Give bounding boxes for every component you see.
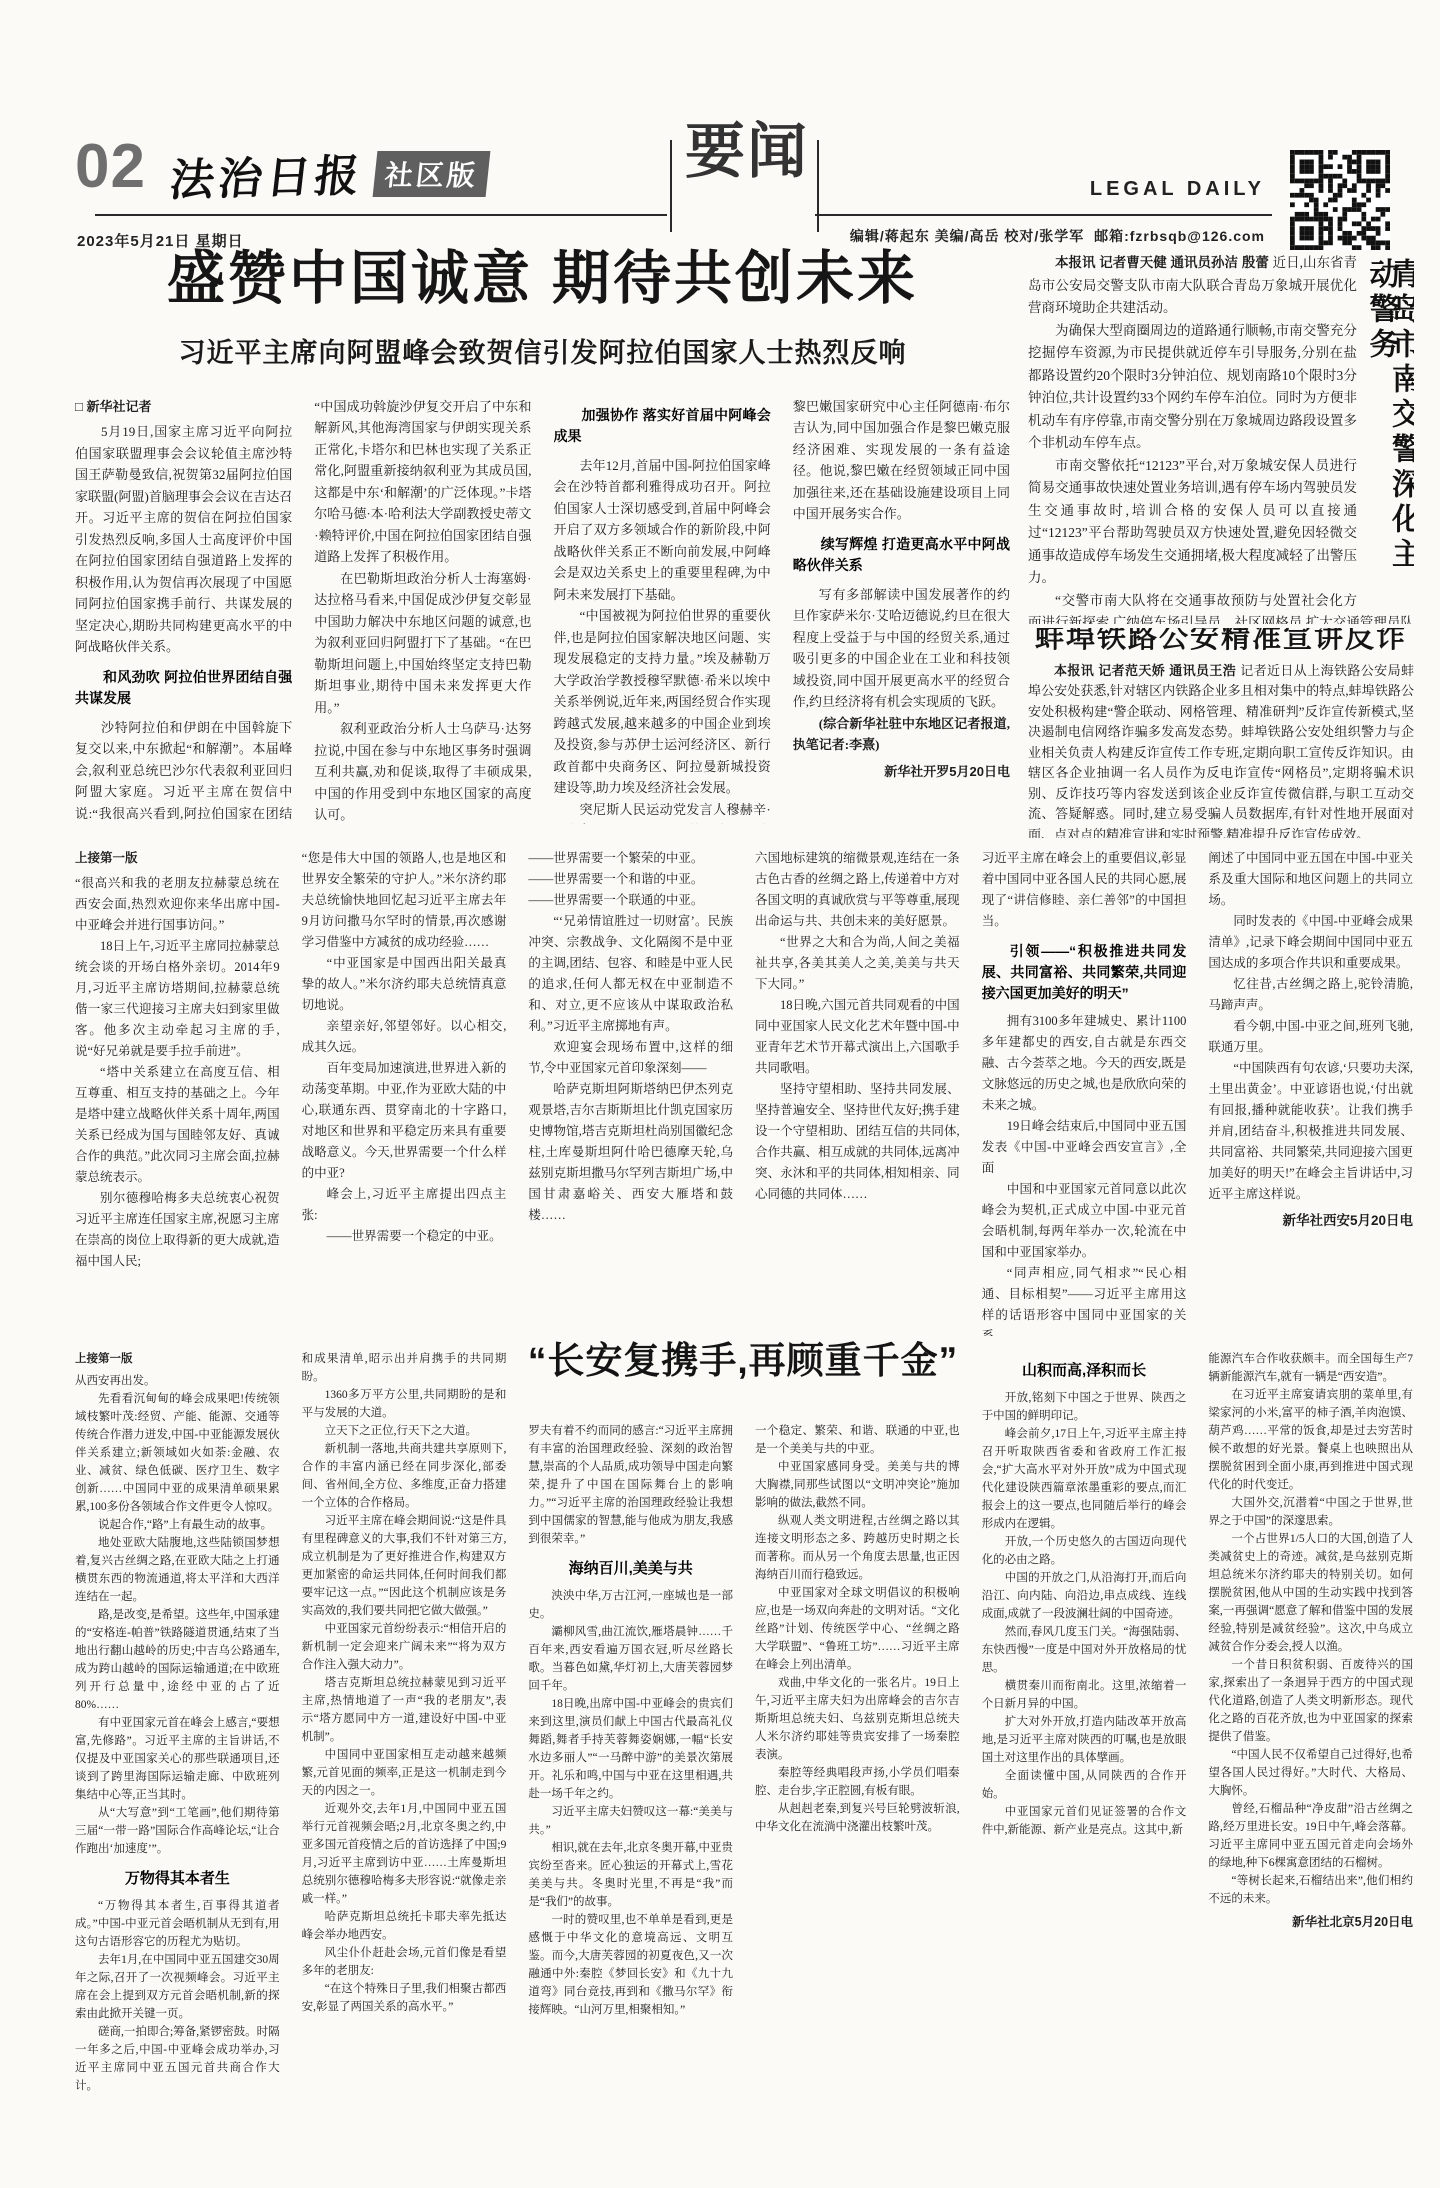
- paragraph: 峰会上,习近平主席提出四点主张:: [302, 1184, 507, 1226]
- paragraph: ——世界需要一个和谐的中亚。: [528, 869, 733, 890]
- story-central-asia-summit: 上接第一版“很高兴和我的老朋友拉赫蒙总统在西安会面,热烈欢迎你来华出席中国-中亚…: [75, 848, 1413, 1336]
- paragraph: 看今朝,中国-中亚之间,班列飞驰,联通万里。: [1208, 1016, 1413, 1058]
- paragraph: 纵观人类文明进程,古丝绸之路以其连接文明形态之多、跨越历史时期之长而著称。而从另…: [755, 1512, 960, 1584]
- paragraph: 19日峰会结束后,中国同中亚五国发表《中国-中亚峰会西安宣言》,全面: [982, 1116, 1187, 1179]
- paragraph: “中国陕西有句农谚,‘只要功夫深,土里出黄金’。中亚谚语也说,‘付出就有回报,播…: [1208, 1058, 1413, 1205]
- paragraph: 从赳赳老秦,到复兴号巨轮劈波斩浪,中华文化在流淌中浇灌出枝繁叶茂。: [755, 1800, 960, 1836]
- article-subhead: 万物得其本者生: [75, 1870, 280, 1888]
- article-subhead: 加强协作 落实好首届中阿峰会成果: [554, 405, 771, 448]
- article-column: 上接第一版从西安再出发。先看看沉甸甸的峰会成果吧!传统领域枝繁叶茂:经贸、产能、…: [75, 1350, 280, 2140]
- paragraph: 开放,铭刻下中国之于世界、陕西之于中国的鲜明印记。: [982, 1389, 1187, 1425]
- paragraph: 大国外交,沉潜着“中国之于世界,世界之于中国”的深邃思索。: [1208, 1494, 1413, 1530]
- changan-headline: “长安复携手,再顾重千金”: [527, 1352, 959, 1370]
- paragraph: 百年变局加速演进,世界进入新的动荡变革期。中亚,作为亚欧大陆的中心,联通东西、贯…: [302, 1058, 507, 1184]
- paragraph: 然而,春风几度玉门关。“海强陆弱、东快西慢”一度是中国对外开放格局的忧思。: [982, 1623, 1187, 1677]
- qr-code: [1290, 150, 1390, 250]
- masthead-logo: 法治日报: [167, 139, 367, 208]
- continued-marker: □ 新华社记者: [75, 396, 292, 418]
- paragraph: “中国成功斡旋沙伊复交开启了中东和解新风,其他海湾国家与伊朗实现关系正常化,卡塔…: [314, 396, 531, 568]
- article-column: 山积而高,泽积而长开放,铭刻下中国之于世界、陕西之于中国的鲜明印记。峰会前夕,1…: [982, 1350, 1187, 2140]
- section-title: 要闻: [685, 122, 809, 182]
- paragraph: 拥有3100多年建城史、累计1100多年建都史的西安,自古就是东西交融、古今荟萃…: [982, 1011, 1187, 1116]
- paragraph: “中国被视为阿拉伯世界的重要伙伴,也是阿拉伯国家解决地区问题、实现发展稳定的支持…: [554, 605, 771, 799]
- paragraph: 和成果清单,昭示出并肩携手的共同期盼。: [302, 1350, 507, 1386]
- article-body: 本报讯 记者曹天健 通讯员孙洁 殷蕾 近日,山东省青岛市公安局交警支队市南大队联…: [1028, 252, 1414, 624]
- paragraph: 别尔德穆哈梅多夫总统衷心祝贺习近平主席连任国家主席,祝愿习主席在崇高的岗位上取得…: [75, 1188, 280, 1272]
- paragraph: “在这个特殊日子里,我们相聚古都西安,彰显了两国关系的高水平。”: [302, 1980, 507, 2016]
- article-body: 上接第一版从西安再出发。先看看沉甸甸的峰会成果吧!传统领域枝繁叶茂:经贸、产能、…: [75, 1350, 1413, 2140]
- article-column: 一个稳定、繁荣、和谐、联通的中亚,也是一个美美与共的中亚。中亚国家感同身受。美美…: [755, 1350, 960, 2140]
- paragraph: 全面读懂中国,从同陕西的合作开始。: [982, 1767, 1187, 1803]
- paragraph: 说起合作,“路”上有最生动的故事。: [75, 1516, 280, 1534]
- paragraph: 中国的开放之门,从沿海打开,而后向沿江、向内陆、向沿边,串点成线、连线成面,成就…: [982, 1569, 1187, 1623]
- paragraph: 峰会前夕,17日上午,习近平主席主持召开听取陕西省委和省政府工作汇报会,“扩大高…: [982, 1425, 1187, 1533]
- main-subtitle: 习近平主席向阿盟峰会致贺信引发阿拉伯国家人士热烈反响: [75, 331, 1010, 370]
- paragraph: 中国同中亚国家相互走动越来越频繁,元首见面的频率,正是这一机制走到今天的内因之一…: [302, 1746, 507, 1800]
- paragraph: 相识,就在去年,北京冬奥开幕,中亚贵宾纷至沓来。匠心独运的开幕式上,雪花美美与共…: [528, 1839, 733, 1911]
- paragraph: “塔中关系建立在高度互信、相互尊重、相互支持的基础之上。今年是塔中建立战略伙伴关…: [75, 1062, 280, 1188]
- paragraph: 灞柳风雪,曲江流饮,雁塔晨钟……千百年来,西安看遍万国衣冠,听尽丝路长歌。当暮色…: [528, 1623, 733, 1695]
- paragraph: 中亚国家元首纷纷表示:“相信开启的新机制一定会迎来广阔未来”“将为双方合作注入强…: [302, 1620, 507, 1674]
- english-masthead: LEGAL DAILY: [1090, 178, 1265, 201]
- paragraph: 18日晚,六国元首共同观看的中国同中亚国家人民文化艺术年暨中国-中亚青年艺术节开…: [755, 995, 960, 1079]
- paragraph: “世界之大和合为尚,人间之美福祉共享,各美其美人之美,美美与共天下大同。”: [755, 932, 960, 995]
- page-header: 02 法治日报 社区版 2023年5月21日 星期日 要闻 LEGAL DAIL…: [75, 118, 1390, 258]
- story-bengbu-antifraud: 蚌埠铁路公安精准宣讲反诈 本报讯 记者范天娇 通讯员王浩 记者近日从上海铁路公安…: [1028, 628, 1414, 838]
- header-rule-left: [95, 214, 667, 216]
- editor-credits: 编辑/蒋起东 美编/高岳 校对/张学军 邮箱:fzrbsqb@126.com: [850, 226, 1265, 246]
- bengbu-headline: 蚌埠铁路公安精准宣讲反诈: [1028, 628, 1414, 649]
- paragraph: 曾经,石榴品种“净皮甜”沿古丝绸之路,经万里进长安。19日中午,峰会落幕。习近平…: [1208, 1800, 1413, 1872]
- article-column: 六国地标建筑的缩微景观,连结在一条古色古香的丝绸之路上,传递着中方对各国文明的真…: [755, 848, 960, 1336]
- paragraph: “‘兄弟情谊胜过一切财富’。民族冲突、宗教战争、文化隔阂不是中亚的主调,团结、包…: [528, 911, 733, 1037]
- paragraph: 戏曲,中华文化的一张名片。19日上午,习近平主席夫妇为出席峰会的吉尔吉斯斯坦总统…: [755, 1674, 960, 1764]
- paragraph: 亲望亲好,邻望邻好。以心相交,成其久远。: [302, 1016, 507, 1058]
- article-subhead: 和风劲吹 阿拉伯世界团结自强共谋发展: [75, 667, 292, 710]
- paragraph: 在巴勒斯坦政治分析人士海塞姆·达拉格马看来,中国促成沙伊复交彰显中国助力解决中东…: [314, 568, 531, 719]
- paragraph: 本报讯 记者曹天健 通讯员孙洁 殷蕾 近日,山东省青岛市公安局交警支队市南大队联…: [1028, 252, 1414, 320]
- page-number: 02: [75, 136, 146, 198]
- paragraph: 塔吉克斯坦总统拉赫蒙见到习近平主席,热情地道了一声“我的老朋友”,表示“塔方愿同…: [302, 1674, 507, 1746]
- article-column: 习近平主席在峰会上的重要倡议,彰显着中国同中亚各国人民的共同心愿,展现了“讲信修…: [982, 848, 1187, 1336]
- article-column: 黎巴嫩国家研究中心主任阿德南·布尔吉认为,同中国加强合作是黎巴嫩克服经济困难、实…: [793, 396, 1010, 824]
- paragraph: 黎巴嫩国家研究中心主任阿德南·布尔吉认为,同中国加强合作是黎巴嫩克服经济困难、实…: [793, 396, 1010, 525]
- article-subhead: 海纳百川,美美与共: [528, 1560, 733, 1578]
- paragraph: 先看看沉甸甸的峰会成果吧!传统领域枝繁叶茂:经贸、产能、能源、交通等传统合作潜力…: [75, 1390, 280, 1516]
- paragraph: 同时发表的《中国-中亚峰会成果清单》,记录下峰会期间中国同中亚五国达成的多项合作…: [1208, 911, 1413, 974]
- staff-names: 编辑/蒋起东 美编/高岳 校对/张学军: [850, 228, 1084, 244]
- paragraph: 为确保大型商圈周边的道路通行顺畅,市南交警充分挖掘停车资源,为市民提供就近停车引…: [1028, 320, 1414, 455]
- paragraph: 磋商,一拍即合;筹备,紧锣密鼓。时隔一年多之后,中国-中亚峰会成功举办,习近平主…: [75, 2023, 280, 2095]
- header-divider-left: [670, 140, 672, 232]
- paragraph: 1360多万平方公里,共同期盼的是和平与发展的大道。: [302, 1386, 507, 1422]
- paragraph: 中亚国家元首们见证签署的合作文件中,新能源、新产业是亮点。这其中,新: [982, 1803, 1187, 1839]
- paragraph: 写有多部解读中国发展著作的约旦作家萨米尔·艾哈迈德说,约旦在很大程度上受益于与中…: [793, 584, 1010, 713]
- article-body: 上接第一版“很高兴和我的老朋友拉赫蒙总统在西安会面,热烈欢迎你来华出席中国-中亚…: [75, 848, 1413, 1336]
- paragraph: 5月19日,国家主席习近平向阿拉伯国家联盟理事会会议轮值主席沙特国王萨勒曼致信,…: [75, 421, 292, 658]
- article-column: 上接第一版“很高兴和我的老朋友拉赫蒙总统在西安会面,热烈欢迎你来华出席中国-中亚…: [75, 848, 280, 1336]
- paragraph: 一个占世界1/5人口的大国,创造了人类减贫史上的奇迹。减贫,是乌兹别克斯坦总统米…: [1208, 1530, 1413, 1656]
- paragraph: 本报讯 记者范天娇 通讯员王浩 记者近日从上海铁路公安局蚌埠公安处获悉,针对辖区…: [1028, 661, 1414, 839]
- paragraph: 新机制一落地,共商共建共享原则下,合作的丰富内涵已经在同步深化,部委间、省州间,…: [302, 1440, 507, 1512]
- contact-email: 邮箱:fzrbsqb@126.com: [1094, 228, 1265, 244]
- paragraph: 哈萨克斯坦总统托卡耶夫率先抵达峰会举办地西安。: [302, 1908, 507, 1944]
- paragraph: 哈萨克斯坦阿斯塔纳巴伊杰列克观景塔,吉尔吉斯斯坦比什凯克国家历史博物馆,塔吉克斯…: [528, 1079, 733, 1226]
- paragraph: ——世界需要一个联通的中亚。: [528, 890, 733, 911]
- paragraph: 罗夫有着不约而同的感言:“习近平主席拥有丰富的治国理政经验、深刻的政治智慧,崇高…: [528, 1422, 733, 1548]
- article-body: □ 新华社记者5月19日,国家主席习近平向阿拉伯国家联盟理事会会议轮值主席沙特国…: [75, 396, 1010, 824]
- paragraph: (综合新华社驻中东地区记者报道,执笔记者:李熹): [793, 713, 1010, 756]
- paragraph: 从“大写意”到“工笔画”,他们期待第三届“一带一路”国际合作高峰论坛,“让合作跑…: [75, 1804, 280, 1858]
- article-subhead: 引领——“积极推进共同发展、共同富裕、共同繁荣,共同迎接六国更加美好的明天”: [982, 941, 1187, 1004]
- paragraph: 地处亚欧大陆腹地,这些陆锁国梦想着,复兴古丝绸之路,在亚欧大陆之上打通横贯东西的…: [75, 1534, 280, 1606]
- paragraph: 秦腔等经典唱段声扬,小学员们唱秦腔、走台步,字正腔圆,有板有眼。: [755, 1764, 960, 1800]
- continued-marker: 上接第一版: [75, 1350, 280, 1368]
- paragraph: 中国和中亚国家元首同意以此次峰会为契机,正式成立中国-中亚元首会晤机制,每两年举…: [982, 1179, 1187, 1263]
- paragraph: “中亚国家是中国西出阳关最真挚的故人。”米尔济约耶夫总统情真意切地说。: [302, 953, 507, 1016]
- paragraph: 能源汽车合作收获颇丰。而全国每生产7辆新能源汽车,就有一辆是“西安造”。: [1208, 1350, 1413, 1386]
- paragraph: ——世界需要一个稳定的中亚。: [302, 1226, 507, 1247]
- paragraph: 突尼斯人民运动党发言人穆赫辛·纳布提说:“中国和阿拉伯国家都拥有悠久文明,中国提…: [554, 799, 771, 824]
- paragraph: “您是伟大中国的领路人,也是地区和世界安全繁荣的守护人。”米尔济约耶夫总统愉快地…: [302, 848, 507, 953]
- article-column: 罗夫有着不约而同的感言:“习近平主席拥有丰富的治国理政经验、深刻的政治智慧,崇高…: [528, 1350, 733, 2140]
- paragraph: ——世界需要一个繁荣的中亚。: [528, 848, 733, 869]
- paragraph: 去年1月,在中国同中亚五国建交30周年之际,召开了一次视频峰会。习近平主席在会上…: [75, 1951, 280, 2023]
- edition-badge: 社区版: [373, 151, 491, 197]
- article-column: 能源汽车合作收获颇丰。而全国每生产7辆新能源汽车,就有一辆是“西安造”。在习近平…: [1208, 1350, 1413, 2140]
- paragraph: 习近平主席在峰会上的重要倡议,彰显着中国同中亚各国人民的共同心愿,展现了“讲信修…: [982, 848, 1187, 932]
- paragraph: 开放,一个历史悠久的古国迈向现代化的必由之路。: [982, 1533, 1187, 1569]
- paragraph: 近观外交,去年1月,中国同中亚五国举行元首视频会晤;2月,北京冬奥之约,中亚多国…: [302, 1800, 507, 1908]
- paragraph: “中国人民不仅希望自己过得好,也希望各国人民过得好。”大时代、大格局、大胸怀。: [1208, 1746, 1413, 1800]
- paragraph: 一个稳定、繁荣、和谐、联通的中亚,也是一个美美与共的中亚。: [755, 1422, 960, 1458]
- paragraph: 泱泱中华,万古江河,一座城也是一部史。: [528, 1587, 733, 1623]
- paragraph: 从西安再出发。: [75, 1372, 280, 1390]
- article-column: 阐述了中国同中亚五国在中国-中亚关系及重大国际和地区问题上的共同立场。同时发表的…: [1208, 848, 1413, 1336]
- paragraph: 沙特阿拉伯和伊朗在中国斡旋下复交以来,中东掀起“和解潮”。本届峰会,叙利亚总统巴…: [75, 717, 292, 824]
- paragraph: 中亚国家感同身受。美美与共的博大胸襟,同那些试图以“文明冲突论”施加影响的做法,…: [755, 1458, 960, 1512]
- paragraph: 一个昔日积贫积弱、百废待兴的国家,探索出了一条迥异于西方的中国式现代化道路,创造…: [1208, 1656, 1413, 1746]
- wire-dateline: 新华社开罗5月20日电: [793, 761, 1010, 783]
- main-headline: 盛赞中国诚意 期待共创未来: [75, 246, 1010, 313]
- article-column: ——世界需要一个繁荣的中亚。——世界需要一个和谐的中亚。——世界需要一个联通的中…: [528, 848, 733, 1336]
- article-column: “中国成功斡旋沙伊复交开启了中东和解新风,其他海湾国家与伊朗实现关系正常化,卡塔…: [314, 396, 531, 824]
- article-subhead: 山积而高,泽积而长: [982, 1362, 1187, 1380]
- paragraph: 欢迎宴会现场布置中,这样的细节,令中亚国家元首印象深刻——: [528, 1037, 733, 1079]
- vertical-headline: 青岛市南交警深化主动警务: [1369, 258, 1414, 594]
- article-column: 和成果清单,昭示出并肩携手的共同期盼。1360多万平方公里,共同期盼的是和平与发…: [302, 1350, 507, 2140]
- paragraph: 中亚国家对全球文明倡议的积极响应,也是一场双向奔赴的文明对话。“文化丝路”计划、…: [755, 1584, 960, 1674]
- paragraph: 一时的赞叹里,也不单单是看到,更是感慨于中华文化的意境高远、文明互鉴。而今,大唐…: [528, 1911, 733, 2019]
- paragraph: 习近平主席在峰会期间说:“这是件具有里程碑意义的大事,我们不针对第三方,成立机制…: [302, 1512, 507, 1620]
- article-subhead: 续写辉煌 打造更高水平中阿战略伙伴关系: [793, 534, 1010, 577]
- paragraph: 六国地标建筑的缩微景观,连结在一条古色古香的丝绸之路上,传递着中方对各国文明的真…: [755, 848, 960, 932]
- paragraph: 在习近平主席宴请宾朋的菜单里,有梁家河的小米,富平的柿子酒,羊肉泡馍、葫芦鸡………: [1208, 1386, 1413, 1494]
- paragraph: 18日晚,出席中国-中亚峰会的贵宾们来到这里,演员们献上中国古代最高礼仪舞蹈,舞…: [528, 1695, 733, 1803]
- article-column: 加强协作 落实好首届中阿峰会成果去年12月,首届中国-阿拉伯国家峰会在沙特首都利…: [554, 396, 771, 824]
- story-arab-league: 盛赞中国诚意 期待共创未来 习近平主席向阿盟峰会致贺信引发阿拉伯国家人士热烈反响…: [75, 246, 1010, 846]
- header-divider-right: [817, 140, 819, 232]
- paragraph: 习近平主席夫妇赞叹这一幕:“美美与共。”: [528, 1803, 733, 1839]
- paragraph: 坚持守望相助、坚持共同发展、坚持普遍安全、坚持世代友好;携手建设一个守望相助、团…: [755, 1079, 960, 1205]
- paragraph: “交警市南大队将在交通事故预防与处置社会化方面进行新探索,广纳停车场引导员、社区…: [1028, 590, 1414, 625]
- paragraph: 忆往昔,古丝绸之路上,驼铃清脆,马蹄声声。: [1208, 974, 1413, 1016]
- paragraph: 有中亚国家元首在峰会上感言,“要想富,先修路”。习近平主席的主旨讲话,不仅提及中…: [75, 1714, 280, 1804]
- paragraph: “同声相应,同气相求”“民心相通、目标相契”——习近平主席用这样的话语形容中国同…: [982, 1263, 1187, 1336]
- paragraph: 横贯秦川而衔南北。这里,浓缩着一个日新月异的中国。: [982, 1677, 1187, 1713]
- byline-prefix: 本报讯 记者曹天健 通讯员孙洁 殷蕾: [1055, 255, 1273, 270]
- wire-dateline: 新华社北京5月20日电: [1208, 1913, 1413, 1931]
- paragraph: 风尘仆仆赶赴会场,元首们像是看望多年的老朋友:: [302, 1944, 507, 1980]
- paragraph: 市南交警依托“12123”平台,对万象城安保人员进行简易交通事故快速处置业务培训…: [1028, 455, 1414, 590]
- paragraph: 扩大对外开放,打造内陆改革开放高地,是习近平主席对陕西的叮嘱,也是放眼国土对这里…: [982, 1713, 1187, 1767]
- paragraph: “很高兴和我的老朋友拉赫蒙总统在西安会面,热烈欢迎你来华出席中国-中亚峰会并进行…: [75, 873, 280, 936]
- paragraph: 阐述了中国同中亚五国在中国-中亚关系及重大国际和地区问题上的共同立场。: [1208, 848, 1413, 911]
- article-column: □ 新华社记者5月19日,国家主席习近平向阿拉伯国家联盟理事会会议轮值主席沙特国…: [75, 396, 292, 824]
- paragraph: 立天下之正位,行天下之大道。: [302, 1422, 507, 1440]
- article-column: “您是伟大中国的领路人,也是地区和世界安全繁荣的守护人。”米尔济约耶夫总统愉快地…: [302, 848, 507, 1336]
- paragraph: 路,是改变,是希望。这些年,中国承建的“安格连-帕普”铁路隧道贯通,结束了当地出…: [75, 1606, 280, 1714]
- paragraph: “等树长起来,石榴结出来”,他们相约不远的未来。: [1208, 1872, 1413, 1908]
- paragraph: 叙利亚政治分析人士乌萨马·达努拉说,中国在参与中东地区事务时强调互利共赢,劝和促…: [314, 718, 531, 824]
- wire-dateline: 新华社西安5月20日电: [1208, 1210, 1413, 1231]
- byline-prefix: 本报讯 记者范天娇 通讯员王浩: [1054, 663, 1240, 678]
- story-changan-feature: “长安复携手,再顾重千金” 上接第一版从西安再出发。先看看沉甸甸的峰会成果吧!传…: [75, 1350, 1413, 2140]
- paragraph: 18日上午,习近平主席同拉赫蒙总统会谈的开场白格外亲切。2014年9月,习近平主…: [75, 936, 280, 1062]
- story-qingdao-police: 青岛市南交警深化主动警务 本报讯 记者曹天健 通讯员孙洁 殷蕾 近日,山东省青岛…: [1028, 252, 1414, 624]
- continued-marker: 上接第一版: [75, 848, 280, 869]
- paragraph: “万物得其本者生,百事得其道者成。”中国-中亚元首会晤机制从无到有,用这句古语形…: [75, 1897, 280, 1951]
- header-rule-right: [815, 214, 1272, 216]
- article-body: 本报讯 记者范天娇 通讯员王浩 记者近日从上海铁路公安局蚌埠公安处获悉,针对辖区…: [1028, 661, 1414, 839]
- paragraph: 去年12月,首届中国-阿拉伯国家峰会在沙特首都利雅得成功召开。阿拉伯国家人士深切…: [554, 455, 771, 606]
